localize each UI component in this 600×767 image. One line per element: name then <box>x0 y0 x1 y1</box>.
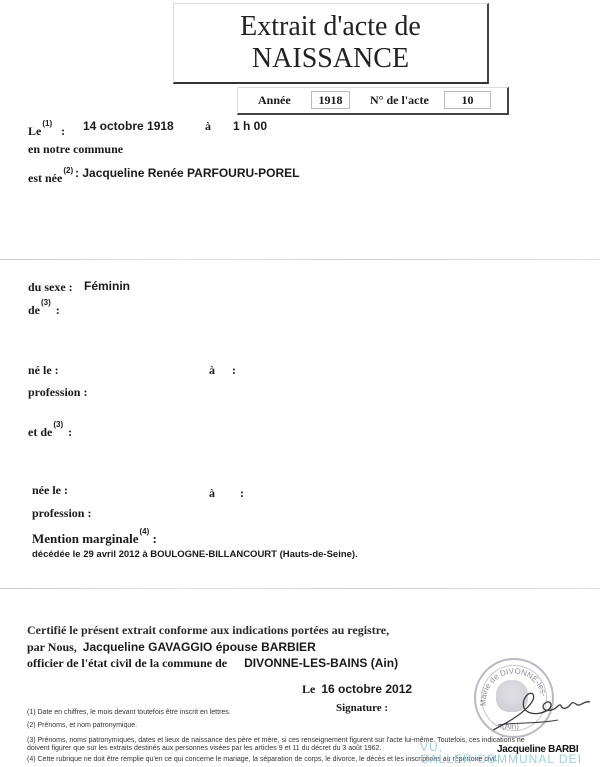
marginal-mention-text: décédée le 29 avril 2012 à BOULOGNE-BILL… <box>32 549 358 560</box>
born-label: est née(2) <box>28 166 73 186</box>
footnote-ref-2: (2) <box>63 166 73 175</box>
commune-prefix-label: officier de l'état civil de la commune d… <box>27 656 227 670</box>
father-at-colon: : <box>232 363 236 378</box>
par-nous-label: par Nous, <box>27 640 77 654</box>
child-name: Jacqueline Renée PARFOURU-POREL <box>82 166 299 180</box>
footnote-ref-3: (3) <box>41 298 51 307</box>
father-profession-label: profession : <box>28 385 87 400</box>
est-nee-label: est née <box>28 171 62 185</box>
certification-line-2: par Nous, Jacqueline GAVAGGIO épouse BAR… <box>27 640 316 655</box>
paper-fold-line <box>0 259 600 260</box>
child-name-value: : Jacqueline Renée PARFOURU-POREL <box>75 166 300 180</box>
father-born-label: né le : <box>28 363 59 378</box>
act-number-label: N° de l'acte <box>370 93 429 108</box>
birth-at-label: à <box>205 119 211 134</box>
sex-label: du sexe : <box>28 280 73 295</box>
footnote-ref-3b: (3) <box>53 420 63 429</box>
act-reference-box: Année 1918 N° de l'acte 10 <box>237 87 509 115</box>
colon: : <box>56 303 60 317</box>
mother-born-label: née le : <box>32 483 68 498</box>
certification-line-1: Certifié le présent extrait conforme aux… <box>27 623 389 638</box>
colon: : <box>75 166 79 180</box>
commune-name: DIVONNE-LES-BAINS (Ain) <box>244 656 398 670</box>
document-title-box: Extrait d'acte de NAISSANCE <box>173 3 489 84</box>
marginal-mention-label: Mention marginale(4) : <box>32 527 157 547</box>
le-label: Le <box>28 124 41 138</box>
paper-fold-line-2 <box>0 588 600 589</box>
le-label: Le <box>302 682 315 696</box>
signature-label: Signature : <box>336 702 388 714</box>
issue-date: 16 octobre 2012 <box>321 682 412 696</box>
birth-date-value: 14 octobre 1918 <box>83 119 174 133</box>
title-line-1: Extrait d'acte de <box>174 11 487 43</box>
footnote-ref-4: (4) <box>140 527 150 536</box>
footnote-2: (2) Prénoms, et nom patronymique. <box>27 722 137 731</box>
father-label: de(3) : <box>28 298 60 318</box>
certification-line-3: officier de l'état civil de la commune d… <box>27 656 398 671</box>
mother-at-colon: : <box>240 486 244 501</box>
colon: : <box>68 425 72 439</box>
footnote-ref-1: (1) <box>42 119 52 128</box>
year-value: 1918 <box>311 91 350 109</box>
handwritten-signature <box>488 680 598 740</box>
blue-stamp-line-2: CALLER COMMUNAL DEI <box>420 752 582 766</box>
footnote-3-continued: doivent figurer que sur les extraits des… <box>27 745 381 754</box>
birth-time-value: 1 h 00 <box>233 119 267 133</box>
de-label: de <box>28 303 40 317</box>
father-at-label: à <box>209 363 215 378</box>
act-number-value: 10 <box>444 91 491 109</box>
birth-date-label: Le(1) : <box>28 119 65 139</box>
mother-at-label: à <box>209 486 215 501</box>
colon: : <box>61 124 65 138</box>
officer-name: Jacqueline GAVAGGIO épouse BARBIER <box>83 640 316 654</box>
commune-text: en notre commune <box>28 142 123 157</box>
sex-value: Féminin <box>84 279 130 293</box>
colon: : <box>149 531 157 546</box>
mother-profession-label: profession : <box>32 506 91 521</box>
certification-date: Le 16 octobre 2012 <box>302 682 412 697</box>
mother-label: et de(3) : <box>28 420 72 440</box>
mention-marginale-label: Mention marginale <box>32 531 139 546</box>
year-label: Année <box>258 93 291 108</box>
title-line-2: NAISSANCE <box>174 43 487 75</box>
et-de-label: et de <box>28 425 52 439</box>
footnote-1: (1) Date en chiffres, le mois devant tou… <box>27 709 231 718</box>
